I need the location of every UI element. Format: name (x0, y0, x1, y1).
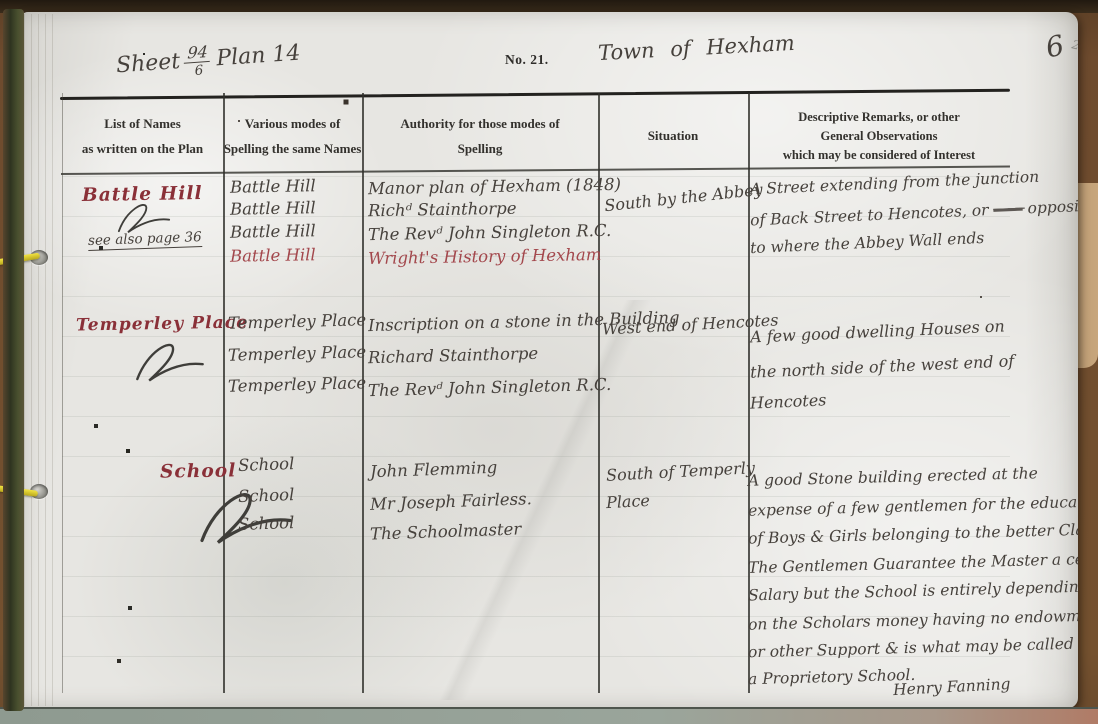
remark-text: on the Scholars money having no endowmen… (748, 606, 1078, 633)
plan-label: Plan 14 (216, 41, 302, 72)
remark-text: Hencotes (750, 390, 827, 412)
remark-line: The Gentlemen Guarantee the Master a cer… (748, 549, 1078, 577)
variant-spelling: School (238, 485, 295, 506)
variant-spelling: School (238, 513, 295, 534)
column-divider-1 (223, 93, 225, 693)
remark-line: on the Scholars money having no endowmen… (748, 606, 1078, 633)
authority-entry: The Revᵈ John Singleton R.C. (368, 375, 612, 400)
remark-text: of Boys & Girls belonging to the better … (748, 520, 1078, 547)
remark-line: of Back Street to Hencotes, or ──── oppo… (750, 196, 1078, 229)
header-line: which may be considered of Interest (783, 148, 975, 163)
sheet-fraction: 946 (184, 42, 213, 80)
header-authority: Authority for those modes of Spelling (362, 100, 598, 172)
table-top-rule (60, 89, 1010, 100)
register-page: Sheet946Plan 14 No. 21. Town of Hexham 6… (20, 12, 1078, 708)
form-number: No. 21. (505, 52, 549, 68)
header-descriptive-remarks: Descriptive Remarks, or other General Ob… (748, 100, 1010, 172)
header-line: Situation (648, 128, 699, 144)
remark-text: to where the Abbey Wall ends (750, 229, 985, 257)
header-list-of-names: List of Names as written on the Plan (62, 100, 223, 172)
authority-entry: Richᵈ Stainthorpe (368, 199, 517, 221)
remark-text: of Back Street to Hencotes, or (750, 201, 994, 230)
remark-line: Hencotes (750, 390, 827, 412)
remark-line: to where the Abbey Wall ends (750, 229, 985, 257)
situation-text: South by the Abbey (603, 180, 763, 216)
remark-line: A Street extending from the junction (750, 168, 1040, 199)
header-line: Descriptive Remarks, or other (798, 110, 960, 125)
remark-text: The Gentlemen Guarantee the Master a cer… (748, 549, 1078, 577)
remark-text: A good Stone building erected at the (748, 464, 1038, 490)
name-note: see also page 36 (88, 229, 202, 251)
struck-out-word: ──── (993, 200, 1023, 219)
check-flourish-icon (130, 336, 210, 388)
variant-spelling: Temperley Place (228, 342, 367, 365)
remark-text: expense of a few gentlemen for the educa… (748, 492, 1078, 519)
column-divider-2 (362, 93, 364, 693)
sheet-denominator: 6 (185, 62, 212, 80)
pencil-mark: 2 (1070, 37, 1078, 52)
remark-text: the north side of the west end of (750, 351, 1015, 382)
authority-entry: The Schoolmaster (370, 519, 522, 543)
remark-text: A Street extending from the junction (750, 168, 1040, 199)
situation-text: South of Temperly (606, 458, 756, 485)
remark-text: Salary but the School is entirely depend… (748, 578, 1078, 605)
remark-line: or other Support & is what may be called (748, 635, 1074, 662)
variant-spelling: Battle Hill (230, 176, 316, 196)
remark-line: A good Stone building erected at the (748, 464, 1038, 490)
remark-text: A few good dwelling Houses on (750, 316, 1005, 346)
header-line: Spelling (458, 141, 503, 157)
variant-spelling: School (238, 454, 295, 475)
header-situation: Situation (598, 100, 748, 172)
document-scan: Sheet946Plan 14 No. 21. Town of Hexham 6… (0, 0, 1098, 724)
authority-entry: The Revᵈ John Singleton R.C. (368, 221, 612, 244)
remark-line: the north side of the west end of (750, 351, 1015, 382)
situation-text: Place (606, 491, 651, 512)
variant-spelling: Battle Hill (230, 221, 316, 241)
sheet-numerator: 94 (184, 42, 212, 64)
variant-spelling: Temperley Place (228, 373, 367, 396)
header-line: as written on the Plan (82, 141, 203, 157)
variant-spelling: Temperley Place (228, 310, 367, 333)
variant-spelling: Battle Hill (230, 245, 316, 265)
header-line: Authority for those modes of (400, 116, 559, 132)
remark-line: expense of a few gentlemen for the educa… (748, 492, 1078, 519)
remark-text: opposite (1022, 196, 1078, 217)
header-line: List of Names (104, 116, 181, 132)
header-line: Spelling the same Names (224, 141, 362, 157)
page-number: 6 (1043, 29, 1067, 65)
header-line: General Observations (820, 129, 937, 144)
remark-line: a Proprietory School. (748, 665, 916, 687)
authority-entry: Mr Joseph Fairless. (370, 489, 532, 514)
authority-entry: John Flemming (370, 458, 498, 481)
remark-line: of Boys & Girls belonging to the better … (748, 520, 1078, 547)
remark-line: A few good dwelling Houses on (750, 316, 1005, 346)
variant-spelling: Battle Hill (230, 198, 316, 218)
page-stack-edges (24, 14, 58, 706)
authority-entry: Wright's History of Hexham (368, 245, 602, 268)
table-left-border (62, 93, 63, 693)
header-various-modes: Various modes of Spelling the same Names (223, 100, 362, 172)
remark-line: Salary but the School is entirely depend… (748, 578, 1078, 605)
header-line: Various modes of (245, 116, 341, 132)
book-binding-edge (3, 9, 24, 711)
sheet-plan-label: Sheet946Plan 14 (115, 36, 302, 85)
remark-text: a Proprietory School. (748, 665, 916, 687)
desk-edge-bottom (0, 707, 1098, 724)
remark-text: or other Support & is what may be called (748, 635, 1074, 662)
town-title: Town of Hexham (598, 31, 796, 65)
place-name: Temperley Place (76, 312, 248, 335)
sheet-word: Sheet (115, 49, 181, 78)
authority-entry: Richard Stainthorpe (368, 344, 539, 367)
authority-entry: Manor plan of Hexham (1848) (368, 175, 621, 198)
